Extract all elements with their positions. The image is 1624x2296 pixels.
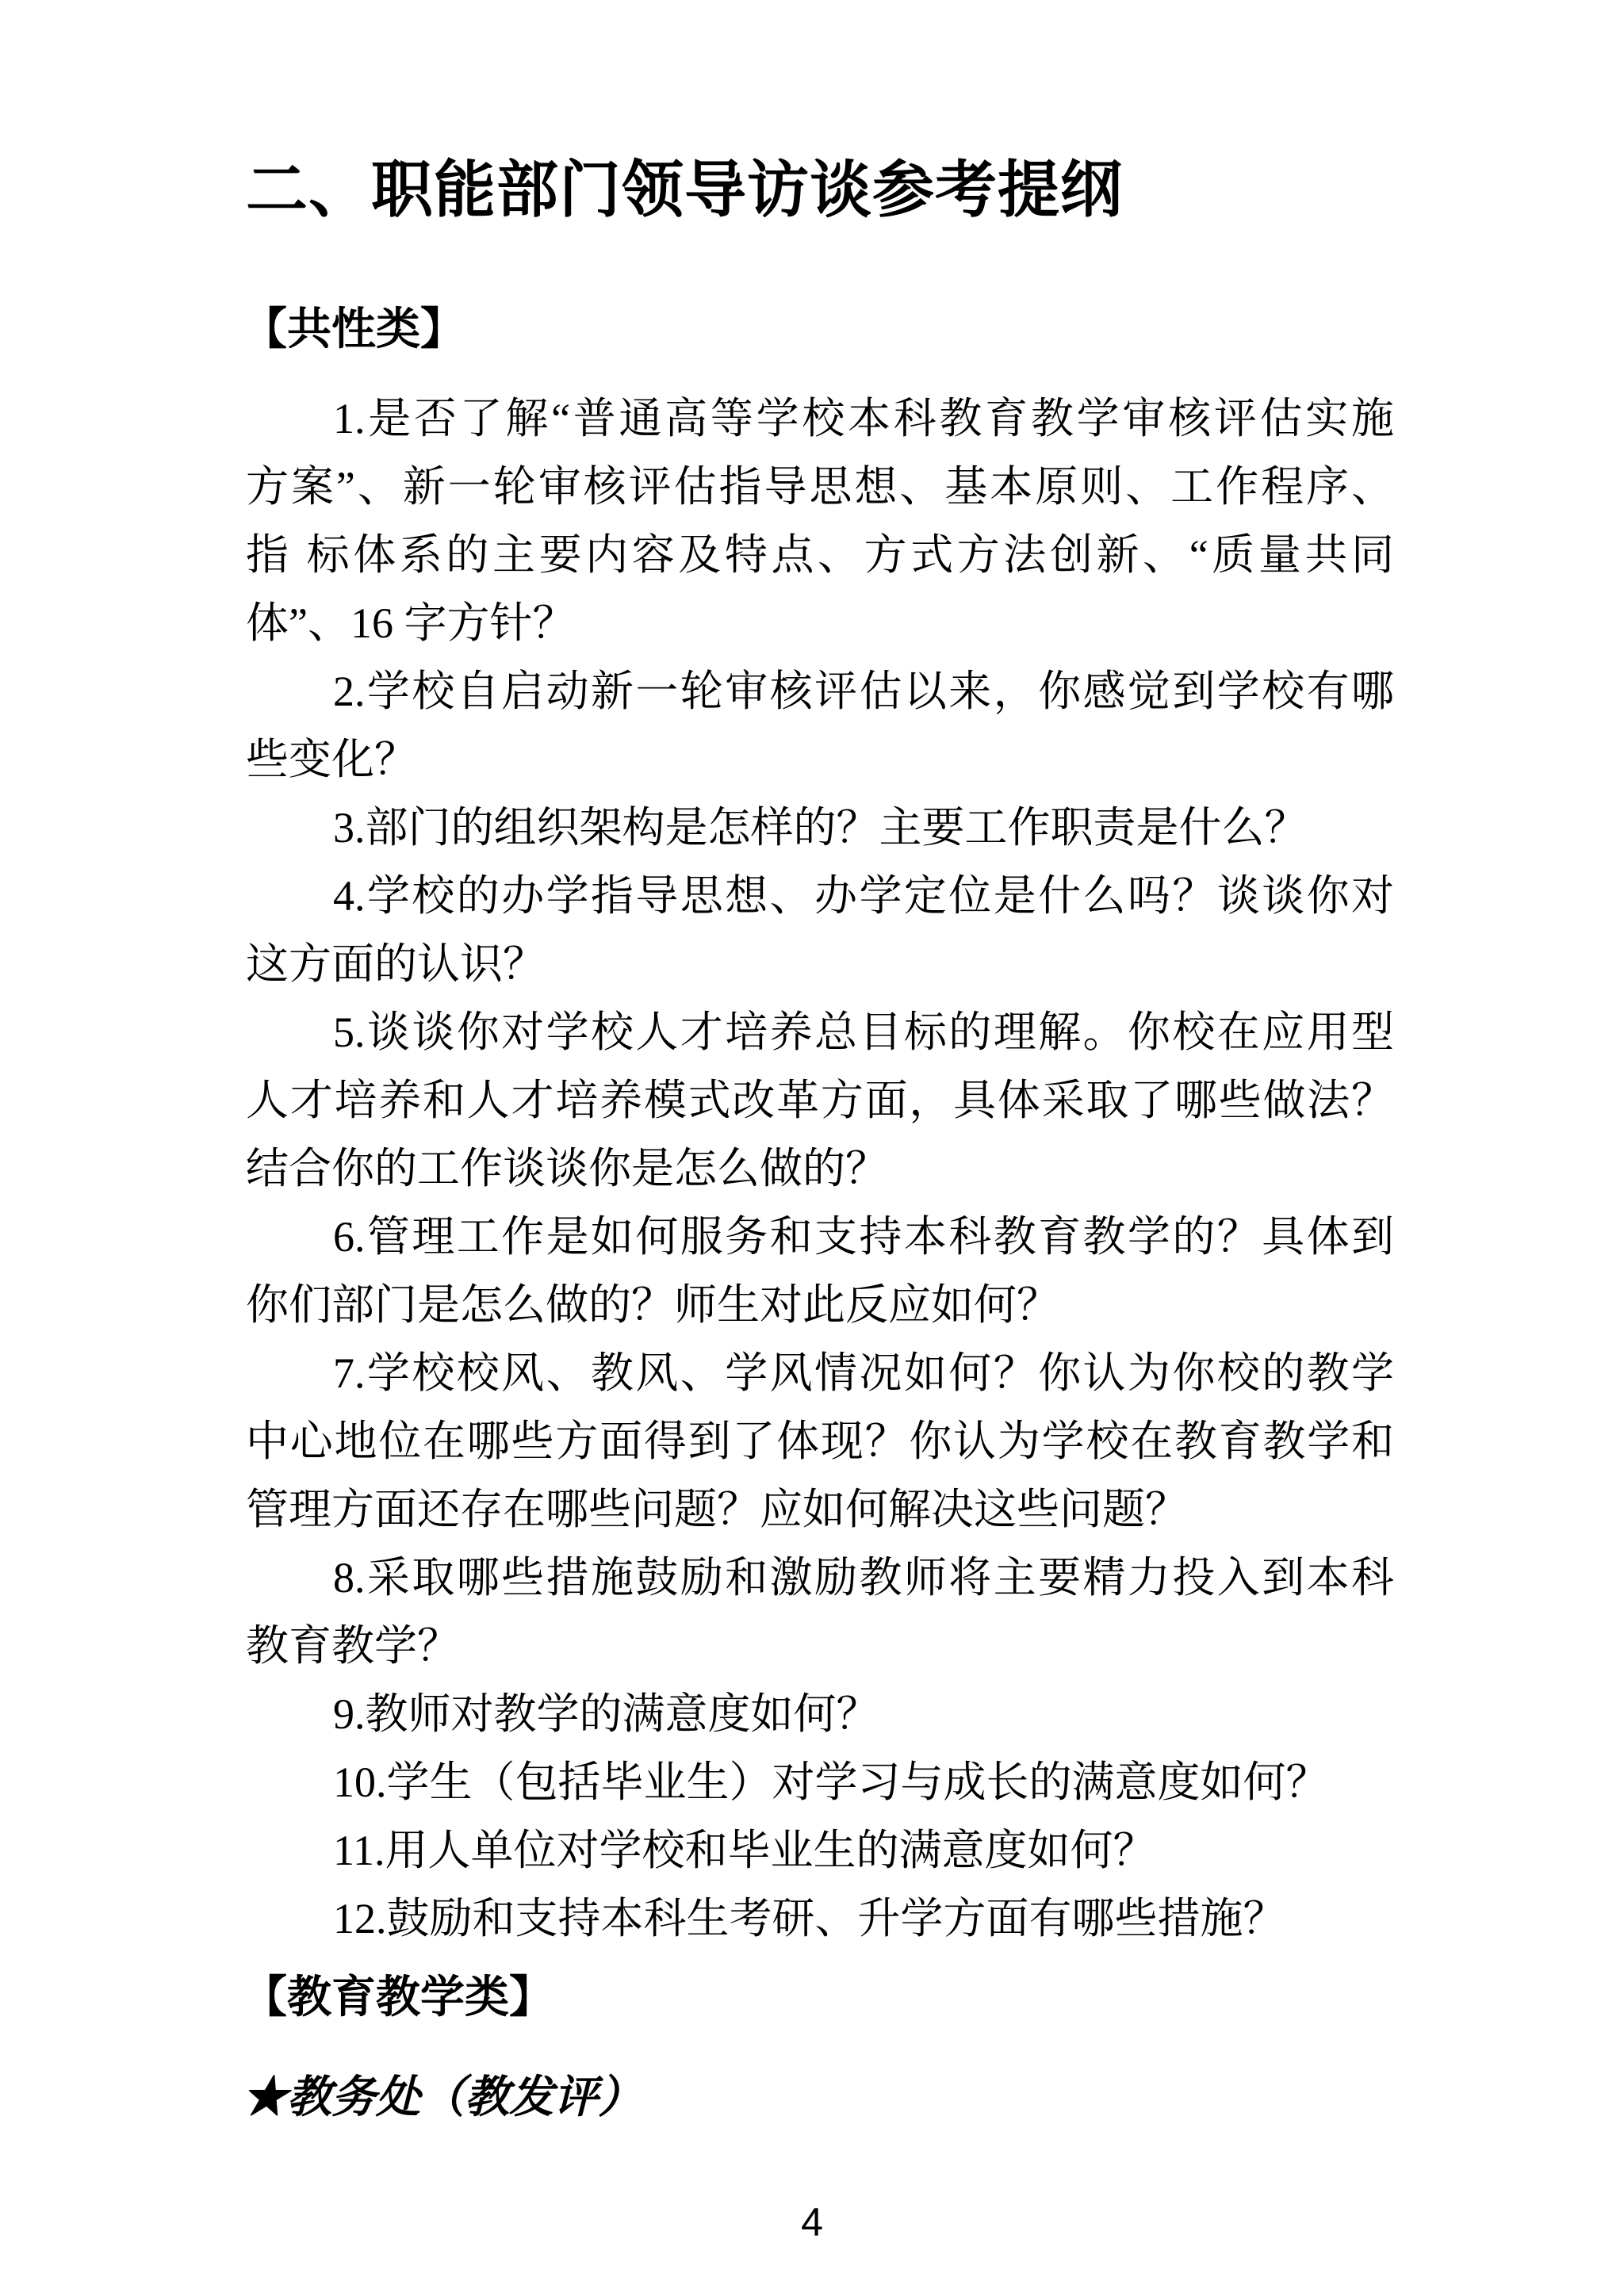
question-line: 6.管理工作是如何服务和支持本科教育教学的？具体到 [246,1203,1394,1271]
question-line: 8.采取哪些措施鼓励和激励教师将主要精力投入到本科 [246,1544,1394,1612]
subsection-heading-jiaowuchu: ★教务处（教发评） [243,2076,642,2120]
page-title: 二、职能部门领导访谈参考提纲 [246,159,1123,220]
page-number: 4 [0,2202,1624,2242]
question-line: 12.鼓励和支持本科生考研、升学方面有哪些措施？ [246,1885,1394,1953]
question-line: 管理方面还存在哪些问题？应如何解决这些问题？ [246,1475,1394,1544]
question-line: 指 标体系的主要内容及特点、方式方法创新、“质量共同 [246,521,1394,589]
question-line: 11.用人单位对学校和毕业生的满意度如何？ [246,1816,1394,1885]
question-line: 人才培养和人才培养模式改革方面，具体采取了哪些做法？ [246,1066,1394,1135]
question-line: 些变化？ [246,725,1394,794]
document-page: 二、职能部门领导访谈参考提纲 【共性类】 1.是否了解“普通高等学校本科教育教学… [0,0,1624,2296]
question-line: 体”、16 字方针？ [246,589,1394,657]
question-line: 3.部门的组织架构是怎样的？主要工作职责是什么？ [246,794,1394,862]
question-line: 2.学校自启动新一轮审核评估以来，你感觉到学校有哪 [246,657,1394,725]
question-line: 7.学校校风、教风、学风情况如何？你认为你校的教学 [246,1339,1394,1407]
question-line: 你们部门是怎么做的？师生对此反应如何？ [246,1271,1394,1339]
section-heading-education: 【教育教学类】 [243,1976,553,2020]
question-line: 1.是否了解“普通高等学校本科教育教学审核评估实施 [246,385,1394,453]
question-line: 结合你的工作谈谈你是怎么做的？ [246,1135,1394,1203]
question-line: 10.学生（包括毕业生）对学习与成长的满意度如何？ [246,1748,1394,1816]
question-line: 5.谈谈你对学校人才培养总目标的理解。你校在应用型 [246,998,1394,1066]
question-line: 方案”、新一轮审核评估指导思想、基本原则、工作程序、 [246,453,1394,521]
question-line: 这方面的认识？ [246,930,1394,998]
question-line: 9.教师对教学的满意度如何？ [246,1680,1394,1748]
question-list: 1.是否了解“普通高等学校本科教育教学审核评估实施 方案”、新一轮审核评估指导思… [246,385,1394,1953]
question-line: 4.学校的办学指导思想、办学定位是什么吗？谈谈你对 [246,862,1394,930]
question-line: 中心地位在哪些方面得到了体现？你认为学校在教育教学和 [246,1407,1394,1475]
question-line: 教育教学？ [246,1612,1394,1680]
section-heading-common: 【共性类】 [243,308,465,352]
